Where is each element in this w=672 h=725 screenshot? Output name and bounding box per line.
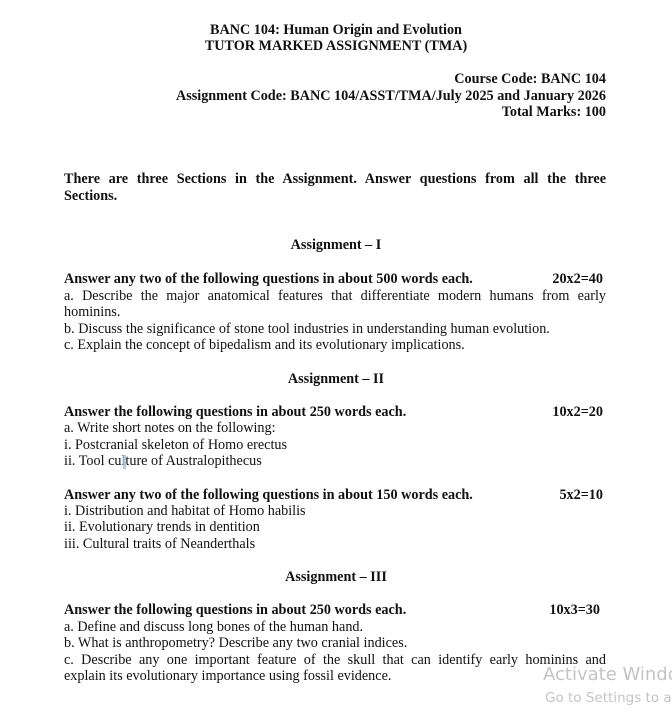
intro-line-2: Sections.: [64, 188, 606, 205]
document-subtitle: TUTOR MARKED ASSIGNMENT (TMA): [0, 38, 672, 55]
intro-text: There are three Sections in the Assignme…: [64, 171, 606, 205]
question-1a: a. Describe the major anatomical feature…: [64, 288, 606, 305]
question-line: a. Describe the major anatomical feature…: [64, 288, 606, 305]
course-code: Course Code: BANC 104: [454, 71, 606, 88]
section-heading-1: Assignment – I: [0, 237, 672, 254]
question-3a: a. Define and discuss long bones of the …: [64, 619, 363, 636]
question-3b: b. What is anthropometry? Describe any t…: [64, 635, 407, 652]
activate-windows-subtext: Go to Settings to activate Windows.: [545, 690, 672, 706]
section-2a-marks: 10x2=20: [552, 404, 603, 421]
question-2b-ii: ii. Evolutionary trends in dentition: [64, 519, 260, 536]
question-2a-ii: ii. Tool culture of Australopithecus: [64, 453, 262, 470]
question-3c-cont: explain its evolutionary importance usin…: [64, 668, 391, 685]
question-2b-i: i. Distribution and habitat of Homo habi…: [64, 503, 306, 520]
section-heading-2: Assignment – II: [0, 371, 672, 388]
text-cursor-icon: [123, 455, 126, 469]
document-page: BANC 104: Human Origin and Evolution TUT…: [0, 0, 672, 725]
question-2a-i: i. Postcranial skeleton of Homo erectus: [64, 437, 287, 454]
section-2b-marks: 5x2=10: [559, 487, 603, 504]
question-3c: c. Describe any one important feature of…: [64, 652, 606, 669]
section-3-marks: 10x3=30: [549, 602, 600, 619]
question-1b: b. Discuss the significance of stone too…: [64, 321, 550, 338]
total-marks: Total Marks: 100: [502, 104, 606, 121]
section-2a-instruction: Answer the following questions in about …: [64, 404, 406, 421]
question-1c: c. Explain the concept of bipedalism and…: [64, 337, 465, 354]
question-2b-iii: iii. Cultural traits of Neanderthals: [64, 536, 255, 553]
question-line: c. Describe any one important feature of…: [64, 652, 606, 669]
activate-windows-watermark: Activate Windows: [543, 664, 672, 685]
section-1-instruction: Answer any two of the following question…: [64, 271, 473, 288]
document-title: BANC 104: Human Origin and Evolution: [0, 22, 672, 39]
section-2b-instruction: Answer any two of the following question…: [64, 487, 473, 504]
intro-line-1: There are three Sections in the Assignme…: [64, 171, 606, 188]
question-1a-cont: hominins.: [64, 304, 120, 321]
section-1-marks: 20x2=40: [552, 271, 603, 288]
question-2a: a. Write short notes on the following:: [64, 420, 276, 437]
section-3-instruction: Answer the following questions in about …: [64, 602, 406, 619]
section-heading-3: Assignment – III: [0, 569, 672, 586]
assignment-code: Assignment Code: BANC 104/ASST/TMA/July …: [176, 88, 606, 105]
